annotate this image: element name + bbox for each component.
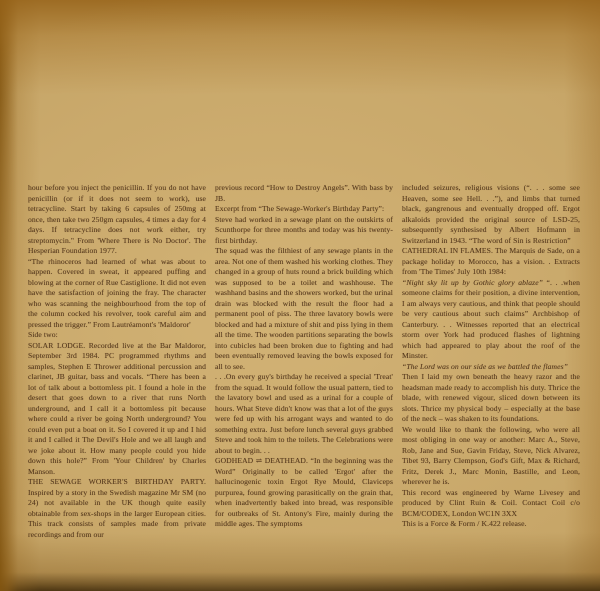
- liner-text: GODHEAD ⇌ DEATHEAD. “In the beginning wa…: [215, 456, 393, 528]
- liner-text: CATHEDRAL IN FLAMES. The Marquis de Sade…: [402, 246, 580, 276]
- liner-paragraph: “The rhinoceros had learned of what was …: [28, 257, 206, 331]
- liner-paragraph: previous record “How to Destroy Angels”.…: [215, 183, 393, 204]
- liner-text-italic: “Night sky lit up by Gothic glory ablaze…: [402, 278, 547, 287]
- liner-text-italic: “The Lord was on our side as we battled …: [402, 362, 568, 371]
- liner-text: Steve had worked in a sewage plant on th…: [215, 215, 393, 245]
- liner-notes-column-1: hour before you inject the penicillin. I…: [28, 183, 206, 540]
- liner-text: Then I laid my own beneath the heavy raz…: [402, 372, 580, 423]
- liner-text: hour before you inject the penicillin. I…: [28, 183, 206, 255]
- liner-text: Side two:: [28, 330, 58, 339]
- liner-notes-column-3: included seizures, religious visions (“.…: [402, 183, 580, 540]
- liner-text: The squad was the filthiest of any sewag…: [215, 246, 393, 371]
- liner-paragraph: THE SEWAGE WORKER'S BIRTHDAY PARTY. Insp…: [28, 477, 206, 540]
- liner-paragraph: This record was engineered by Warne Live…: [402, 488, 580, 520]
- liner-text: . . .On every guy's birthday he received…: [215, 372, 393, 455]
- liner-text: included seizures, religious visions (“.…: [402, 183, 580, 245]
- liner-text: “The rhinoceros had learned of what was …: [28, 257, 206, 329]
- liner-text: This record was engineered by Warne Live…: [402, 488, 580, 518]
- liner-paragraph: Side two:: [28, 330, 206, 341]
- record-sleeve-back: hour before you inject the penicillin. I…: [0, 0, 600, 591]
- liner-paragraph: Steve had worked in a sewage plant on th…: [215, 215, 393, 247]
- liner-paragraph: “The Lord was on our side as we battled …: [402, 362, 580, 373]
- liner-text: previous record “How to Destroy Angels”.…: [215, 183, 393, 203]
- liner-paragraph: included seizures, religious visions (“.…: [402, 183, 580, 246]
- liner-notes: hour before you inject the penicillin. I…: [28, 183, 580, 540]
- liner-paragraph: This is a Force & Form / K.422 release.: [402, 519, 580, 530]
- liner-text: We would like to thank the following, wh…: [402, 425, 580, 487]
- liner-paragraph: SOLAR LODGE. Recorded live at the Bar Ma…: [28, 341, 206, 478]
- liner-text: This is a Force & Form / K.422 release.: [402, 519, 527, 528]
- liner-notes-column-2: previous record “How to Destroy Angels”.…: [215, 183, 393, 540]
- liner-text: SOLAR LODGE. Recorded live at the Bar Ma…: [28, 341, 206, 476]
- liner-paragraph: hour before you inject the penicillin. I…: [28, 183, 206, 257]
- liner-paragraph: Then I laid my own beneath the heavy raz…: [402, 372, 580, 425]
- liner-text: “. . .when someone claims for their posi…: [402, 278, 580, 361]
- liner-paragraph: We would like to thank the following, wh…: [402, 425, 580, 488]
- liner-paragraph: GODHEAD ⇌ DEATHEAD. “In the beginning wa…: [215, 456, 393, 530]
- liner-paragraph: “Night sky lit up by Gothic glory ablaze…: [402, 278, 580, 362]
- liner-paragraph: Excerpt from “The Sewage-Worker's Birthd…: [215, 204, 393, 215]
- liner-paragraph: CATHEDRAL IN FLAMES. The Marquis de Sade…: [402, 246, 580, 278]
- liner-text: Excerpt from “The Sewage-Worker's Birthd…: [215, 204, 384, 213]
- liner-paragraph: The squad was the filthiest of any sewag…: [215, 246, 393, 372]
- liner-paragraph: . . .On every guy's birthday he received…: [215, 372, 393, 456]
- liner-text: THE SEWAGE WORKER'S BIRTHDAY PARTY. Insp…: [28, 477, 206, 539]
